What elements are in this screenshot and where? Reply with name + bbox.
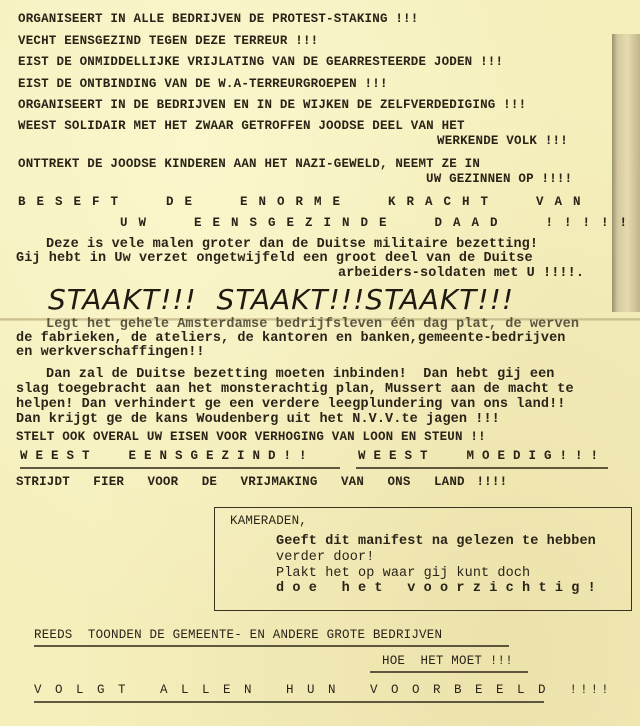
demand-line: UW GEZINNEN OP !!!! [426,172,572,186]
beseft-line-1: BESEFT DE ENORME KRACHT VAN [18,195,592,209]
underline [20,467,340,469]
demand-line: WERKENDE VOLK !!! [437,134,568,148]
weest-eensgezind: WEEST EENSGEZIND!! [20,449,315,463]
hoe-line: HOE HET MOET !!! [382,654,513,668]
demand-line: ORGANISEERT IN DE BEDRIJVEN EN IN DE WIJ… [18,98,526,112]
paragraph-line: de fabrieken, de ateliers, de kantoren e… [16,331,566,346]
underline [34,645,509,647]
paragraph-line: Legt het gehele Amsterdamse bedrijfsleve… [46,317,579,332]
paragraph-line: helpen! Dan verhindert ge een verdere le… [16,397,566,412]
paragraph-line: arbeiders-soldaten met U !!!!. [338,266,584,281]
underline [34,701,544,703]
staakt-heading: STAAKT!!! STAAKT!!!STAAKT!!! [48,283,514,316]
box-line: Geeft dit manifest na gelezen te hebben [276,534,596,549]
paragraph-line: Gij hebt in Uw verzet ongetwijfeld een g… [16,251,533,266]
demand-line: EIST DE ONMIDDELLIJKE VRIJLATING VAN DE … [18,55,503,69]
reeds-line: REEDS TOONDEN DE GEMEENTE- EN ANDERE GRO… [34,628,442,642]
paragraph-line: Dan zal de Duitse bezetting moeten inbin… [46,367,554,382]
beseft-line-2: UW EENSGEZINDE DAAD !!!!! [120,216,638,230]
volgt-line: V O L G T A L L E N H U N V O O R B E E … [34,683,612,697]
box-line: Plakt het op waar gij kunt doch [276,566,530,581]
demand-line: ORGANISEERT IN ALLE BEDRIJVEN DE PROTEST… [18,12,418,26]
paragraph-line: slag toegebracht aan het monsterachtig p… [16,382,574,397]
box-salutation: KAMERADEN, [230,514,307,528]
box-line: d o e h e t v o o r z i c h t i g ! [276,581,596,596]
paragraph-line: en werkverschaffingen!! [16,345,205,360]
box-line: verder door! [276,550,374,565]
weest-moedig: WEEST MOEDIG!!! [358,449,606,463]
paragraph-line: Dan krijgt ge de kans Woudenberg uit het… [16,412,500,427]
demand-line: EIST DE ONTBINDING VAN DE W.A-TERREURGRO… [18,77,388,91]
strijdt-line: STRIJDT FIER VOOR DE VRIJMAKING VAN ONS … [16,475,507,489]
paragraph-line: Deze is vele malen groter dan de Duitse … [46,237,538,252]
demand-line: ONTTREKT DE JOODSE KINDEREN AAN HET NAZI… [18,157,480,171]
underline [356,467,608,469]
demand-line: VECHT EENSGEZIND TEGEN DEZE TERREUR !!! [18,34,318,48]
demand-line: WEEST SOLIDAIR MET HET ZWAAR GETROFFEN J… [18,119,465,133]
tape-strip [612,34,640,312]
underline [370,671,528,673]
stelt-line: STELT OOK OVERAL UW EISEN VOOR VERHOGING… [16,430,486,444]
